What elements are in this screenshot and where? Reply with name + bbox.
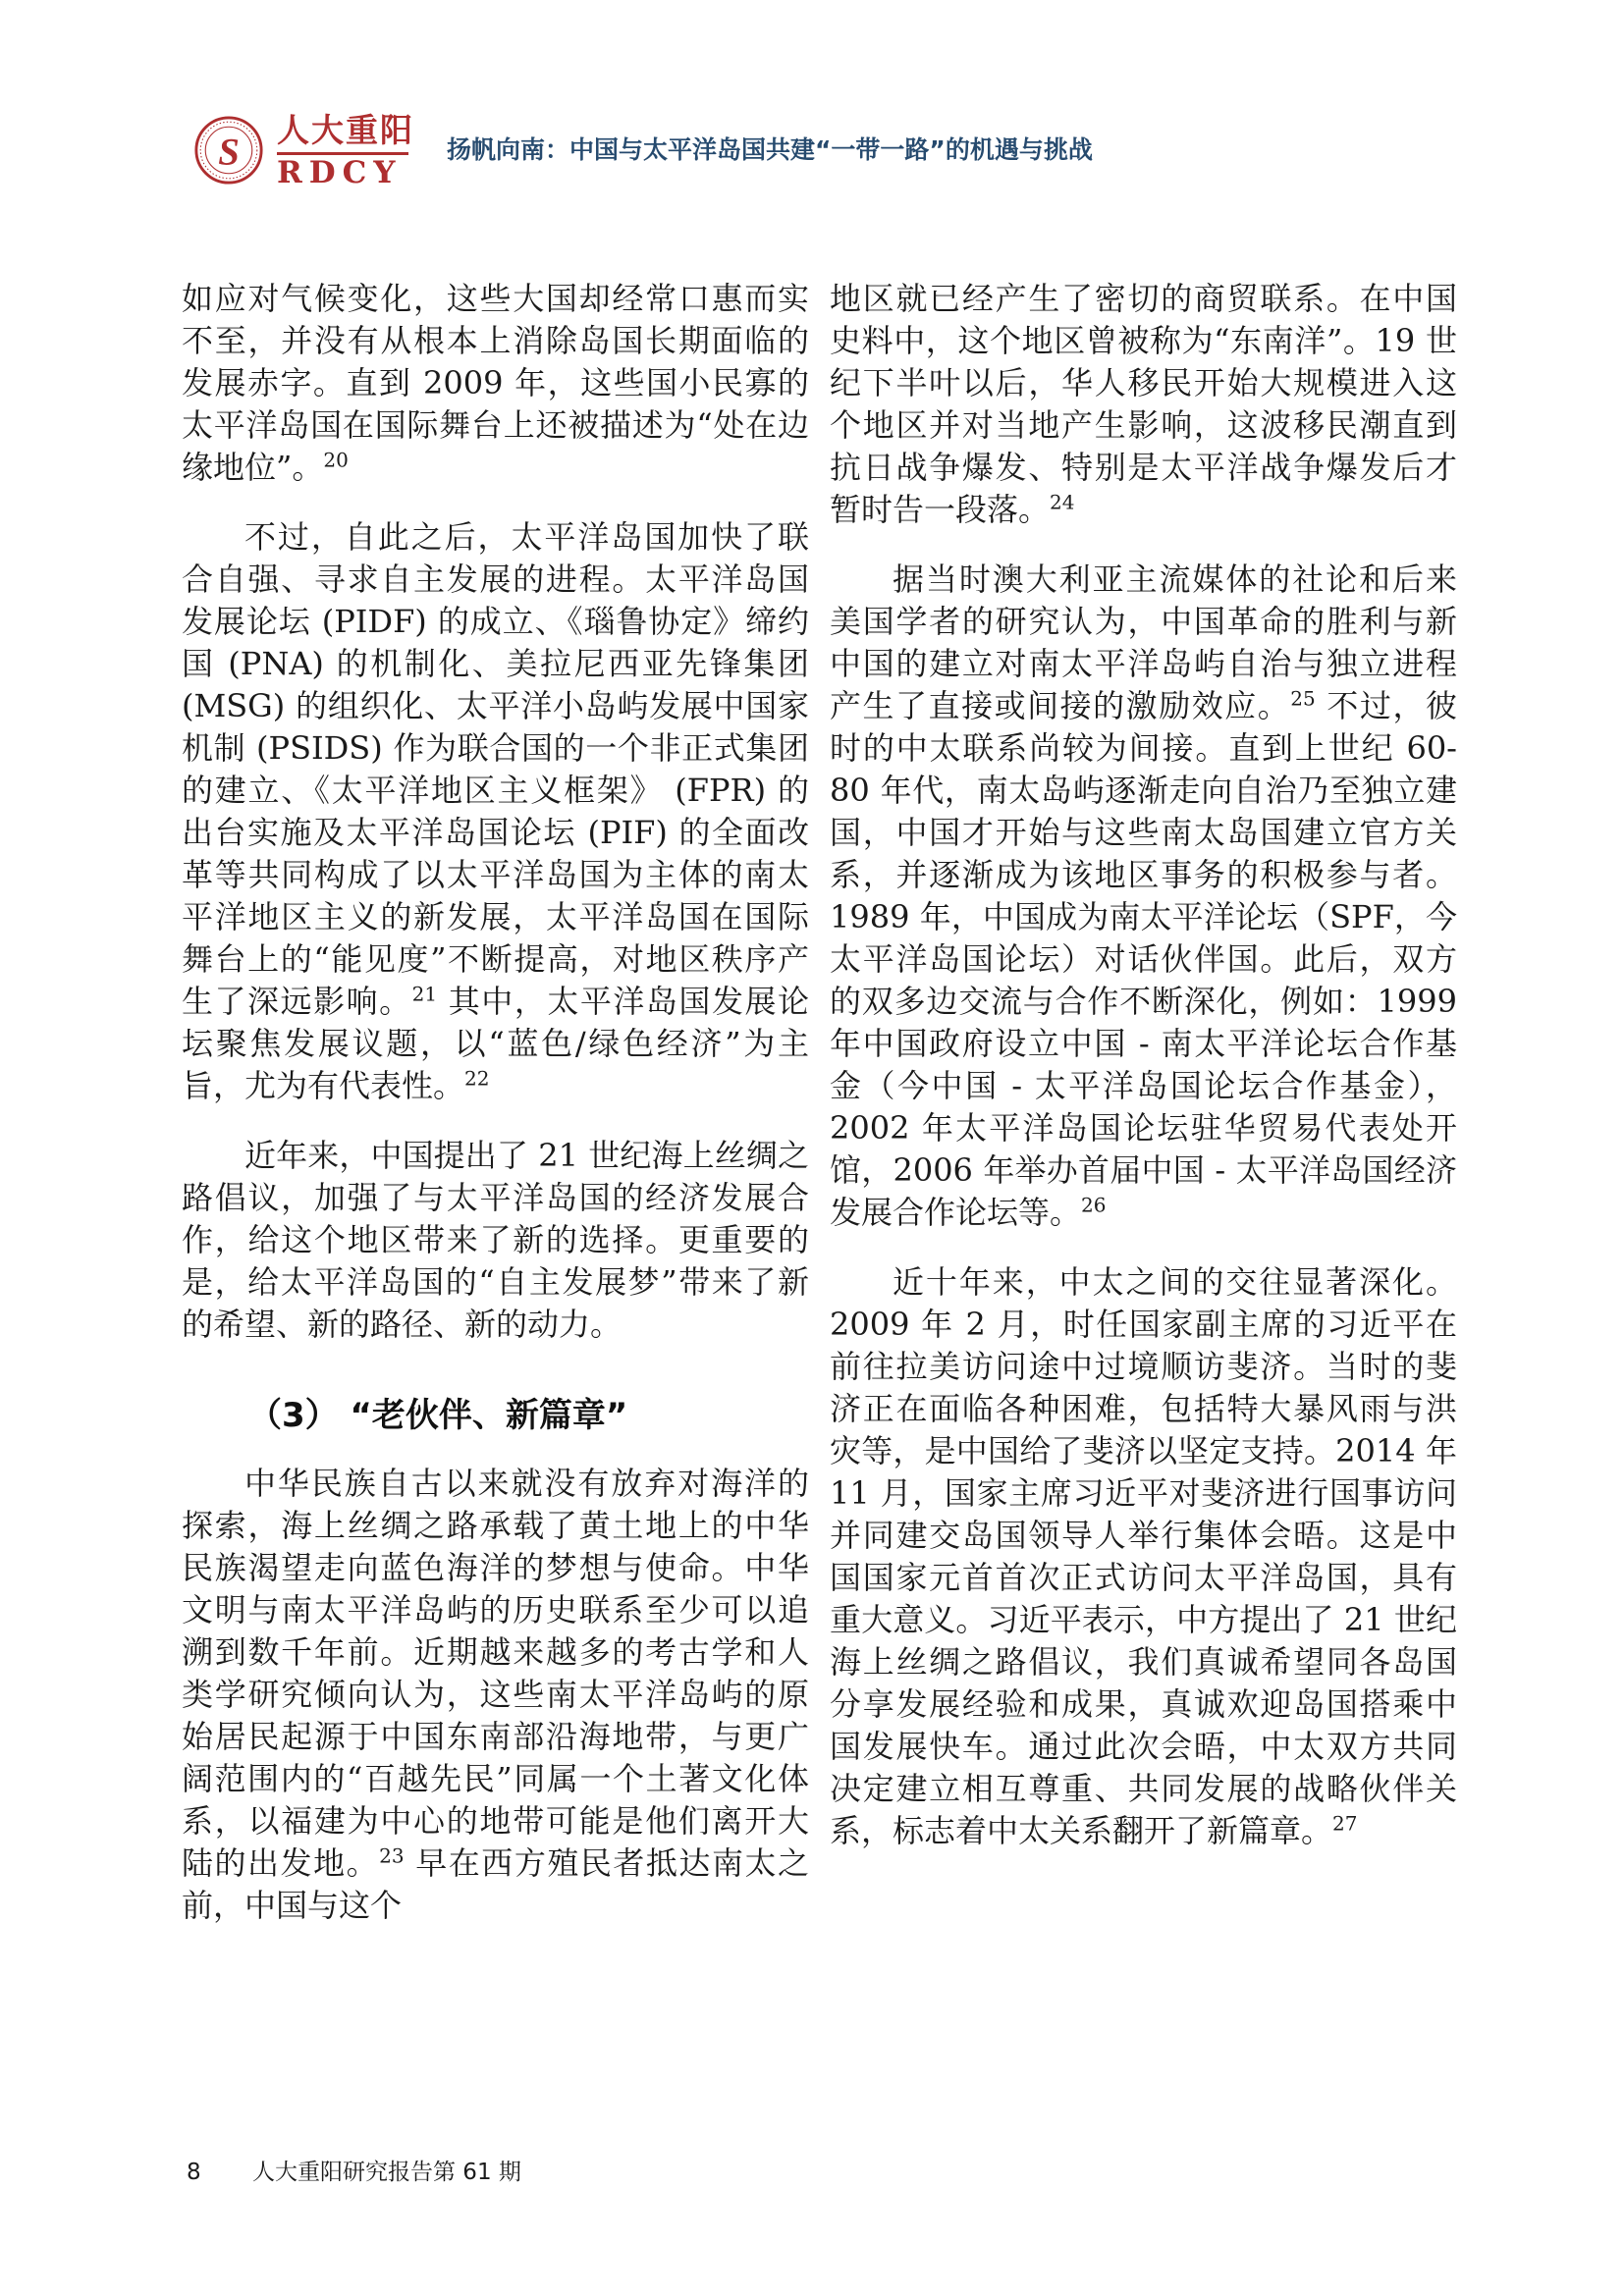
- svg-text:S: S: [218, 131, 240, 173]
- paragraph: 近十年来，中太之间的交往显著深化。2009 年 2 月，时任国家副主席的习近平在…: [830, 1261, 1457, 1852]
- logo-text-block: 人大重阳 RDCY: [277, 111, 414, 189]
- logo-en-text: RDCY: [277, 156, 402, 189]
- page-title: 扬帆向南：中国与太平洋岛国共建“一带一路”的机遇与挑战: [447, 135, 1093, 165]
- paragraph: 不过，自此之后，太平洋岛国加快了联合自强、寻求自主发展的进程。太平洋岛国发展论坛…: [182, 516, 809, 1107]
- content-columns: 如应对气候变化，这些大国却经常口惠而实不至，并没有从根本上消除岛国长期面临的发展…: [182, 278, 1457, 1927]
- paragraph: 地区就已经产生了密切的商贸联系。在中国史料中，这个地区曾被称为“东南洋”。19 …: [830, 278, 1457, 531]
- footnote-ref: 23: [379, 1843, 404, 1867]
- paragraph: 据当时澳大利亚主流媒体的社论和后来美国学者的研究认为，中国革命的胜利与新中国的建…: [830, 559, 1457, 1234]
- left-column: 如应对气候变化，这些大国却经常口惠而实不至，并没有从根本上消除岛国长期面临的发展…: [182, 278, 809, 1927]
- rdcy-seal-icon: S: [193, 115, 264, 186]
- footer-page-number: 8: [187, 2158, 201, 2187]
- right-column: 地区就已经产生了密切的商贸联系。在中国史料中，这个地区曾被称为“东南洋”。19 …: [830, 278, 1457, 1927]
- footnote-ref: 22: [464, 1066, 489, 1090]
- footnote-ref: 21: [412, 982, 437, 1005]
- footnote-ref: 26: [1081, 1193, 1106, 1216]
- footnote-ref: 20: [323, 448, 348, 471]
- footer-report-label: 人大重阳研究报告第 61 期: [252, 2158, 521, 2187]
- paragraph: 中华民族自古以来就没有放弃对海洋的探索，海上丝绸之路承载了黄土地上的中华民族渴望…: [182, 1463, 809, 1927]
- footnote-ref: 24: [1050, 490, 1074, 513]
- header-logo: S 人大重阳 RDCY: [193, 111, 414, 189]
- document-page: S 人大重阳 RDCY 扬帆向南：中国与太平洋岛国共建“一带一路”的机遇与挑战 …: [0, 0, 1624, 2296]
- section-heading: （3） “老伙伴、新篇章”: [182, 1394, 809, 1437]
- footnote-ref: 27: [1332, 1811, 1357, 1835]
- page-footer: 8 人大重阳研究报告第 61 期: [0, 2158, 1624, 2197]
- footnote-ref: 25: [1290, 686, 1315, 710]
- paragraph: 近年来，中国提出了 21 世纪海上丝绸之路倡议，加强了与太平洋岛国的经济发展合作…: [182, 1135, 809, 1346]
- paragraph: 如应对气候变化，这些大国却经常口惠而实不至，并没有从根本上消除岛国长期面临的发展…: [182, 278, 809, 489]
- logo-cn-text: 人大重阳: [277, 111, 414, 150]
